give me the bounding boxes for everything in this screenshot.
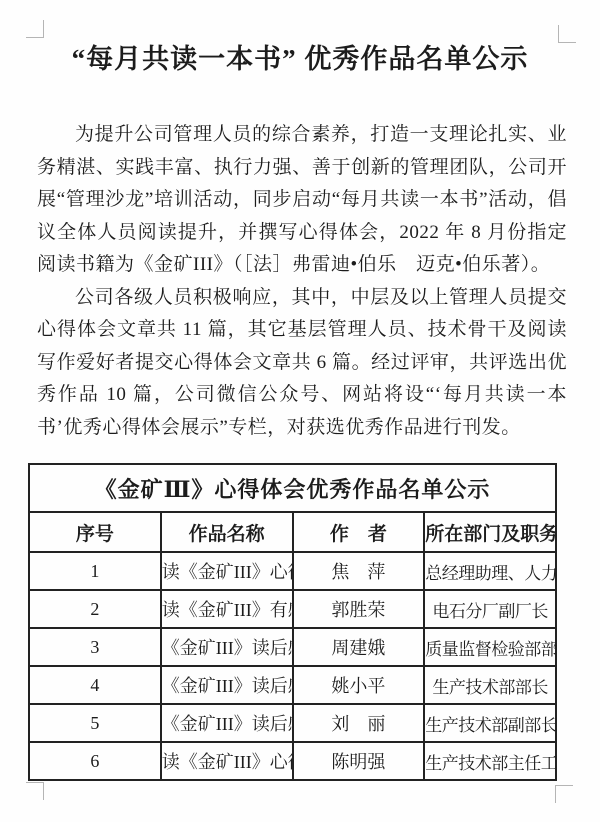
table-cell: 刘 丽 (293, 704, 425, 742)
table-title: 《金矿Ⅲ》心得体会优秀作品名单公示 (29, 464, 556, 512)
table-row: 4《金矿III》读后感姚小平生产技术部部长 (29, 666, 556, 704)
table-cell: 2 (29, 590, 161, 628)
table-cell: 读《金矿III》有感 (161, 590, 293, 628)
table-cell: 姚小平 (293, 666, 425, 704)
table-cell: 电石分厂副厂长 (424, 590, 556, 628)
table-cell: 生产技术部主任工程师 (424, 742, 556, 780)
table-cell: 焦 萍 (293, 552, 425, 590)
table-cell: 6 (29, 742, 161, 780)
column-header: 序号 (29, 512, 161, 552)
announcement-table: 《金矿Ⅲ》心得体会优秀作品名单公示 序号作品名称作 者所在部门及职务 1读《金矿… (28, 463, 557, 781)
margin-mark-bottom-left-icon (26, 782, 44, 800)
table-cell: 陈明强 (293, 742, 425, 780)
table-title-row: 《金矿Ⅲ》心得体会优秀作品名单公示 (29, 464, 556, 512)
table-cell: 4 (29, 666, 161, 704)
table-row: 6读《金矿III》心得体会陈明强生产技术部主任工程师 (29, 742, 556, 780)
body-paragraph: 为提升公司管理人员的综合素养，打造一支理论扎实、业务精湛、实践丰富、执行力强、善… (37, 119, 567, 282)
document-page: “每月共读一本书” 优秀作品名单公示 为提升公司管理人员的综合素养，打造一支理论… (0, 0, 600, 822)
table-cell: 《金矿III》读后感 (161, 628, 293, 666)
margin-mark-bottom-right-icon (555, 785, 573, 803)
table-cell: 《金矿III》读后感 (161, 704, 293, 742)
table-row: 3《金矿III》读后感周建娥质量监督检验部部长 (29, 628, 556, 666)
page-title: “每月共读一本书” 优秀作品名单公示 (0, 42, 600, 76)
table-row: 2读《金矿III》有感郭胜荣电石分厂副厂长 (29, 590, 556, 628)
table-row: 1读《金矿III》心得体会焦 萍总经理助理、人力资源部部长 (29, 552, 556, 590)
table-cell: 郭胜荣 (293, 590, 425, 628)
column-header: 所在部门及职务 (424, 512, 556, 552)
table-cell: 读《金矿III》心得体会 (161, 742, 293, 780)
table-cell: 生产技术部部长 (424, 666, 556, 704)
body-text: 为提升公司管理人员的综合素养，打造一支理论扎实、业务精湛、实践丰富、执行力强、善… (37, 119, 567, 457)
table-cell: 5 (29, 704, 161, 742)
table-cell: 质量监督检验部部长 (424, 628, 556, 666)
table-row: 5《金矿III》读后感刘 丽生产技术部副部长 (29, 704, 556, 742)
table-body: 1读《金矿III》心得体会焦 萍总经理助理、人力资源部部长2读《金矿III》有感… (29, 552, 556, 780)
table-cell: 总经理助理、人力资源部部长 (424, 552, 556, 590)
body-paragraph: 公司各级人员积极响应，其中，中层及以上管理人员提交心得体会文章共 11 篇，其它… (37, 282, 567, 445)
column-header: 作品名称 (161, 512, 293, 552)
table-cell: 《金矿III》读后感 (161, 666, 293, 704)
margin-mark-top-left-icon (26, 20, 44, 38)
table-cell: 读《金矿III》心得体会 (161, 552, 293, 590)
table-cell: 生产技术部副部长 (424, 704, 556, 742)
table-cell: 3 (29, 628, 161, 666)
column-header: 作 者 (293, 512, 425, 552)
table-cell: 1 (29, 552, 161, 590)
table-cell: 周建娥 (293, 628, 425, 666)
margin-mark-top-right-icon (558, 25, 576, 43)
table-header-row: 序号作品名称作 者所在部门及职务 (29, 512, 556, 552)
